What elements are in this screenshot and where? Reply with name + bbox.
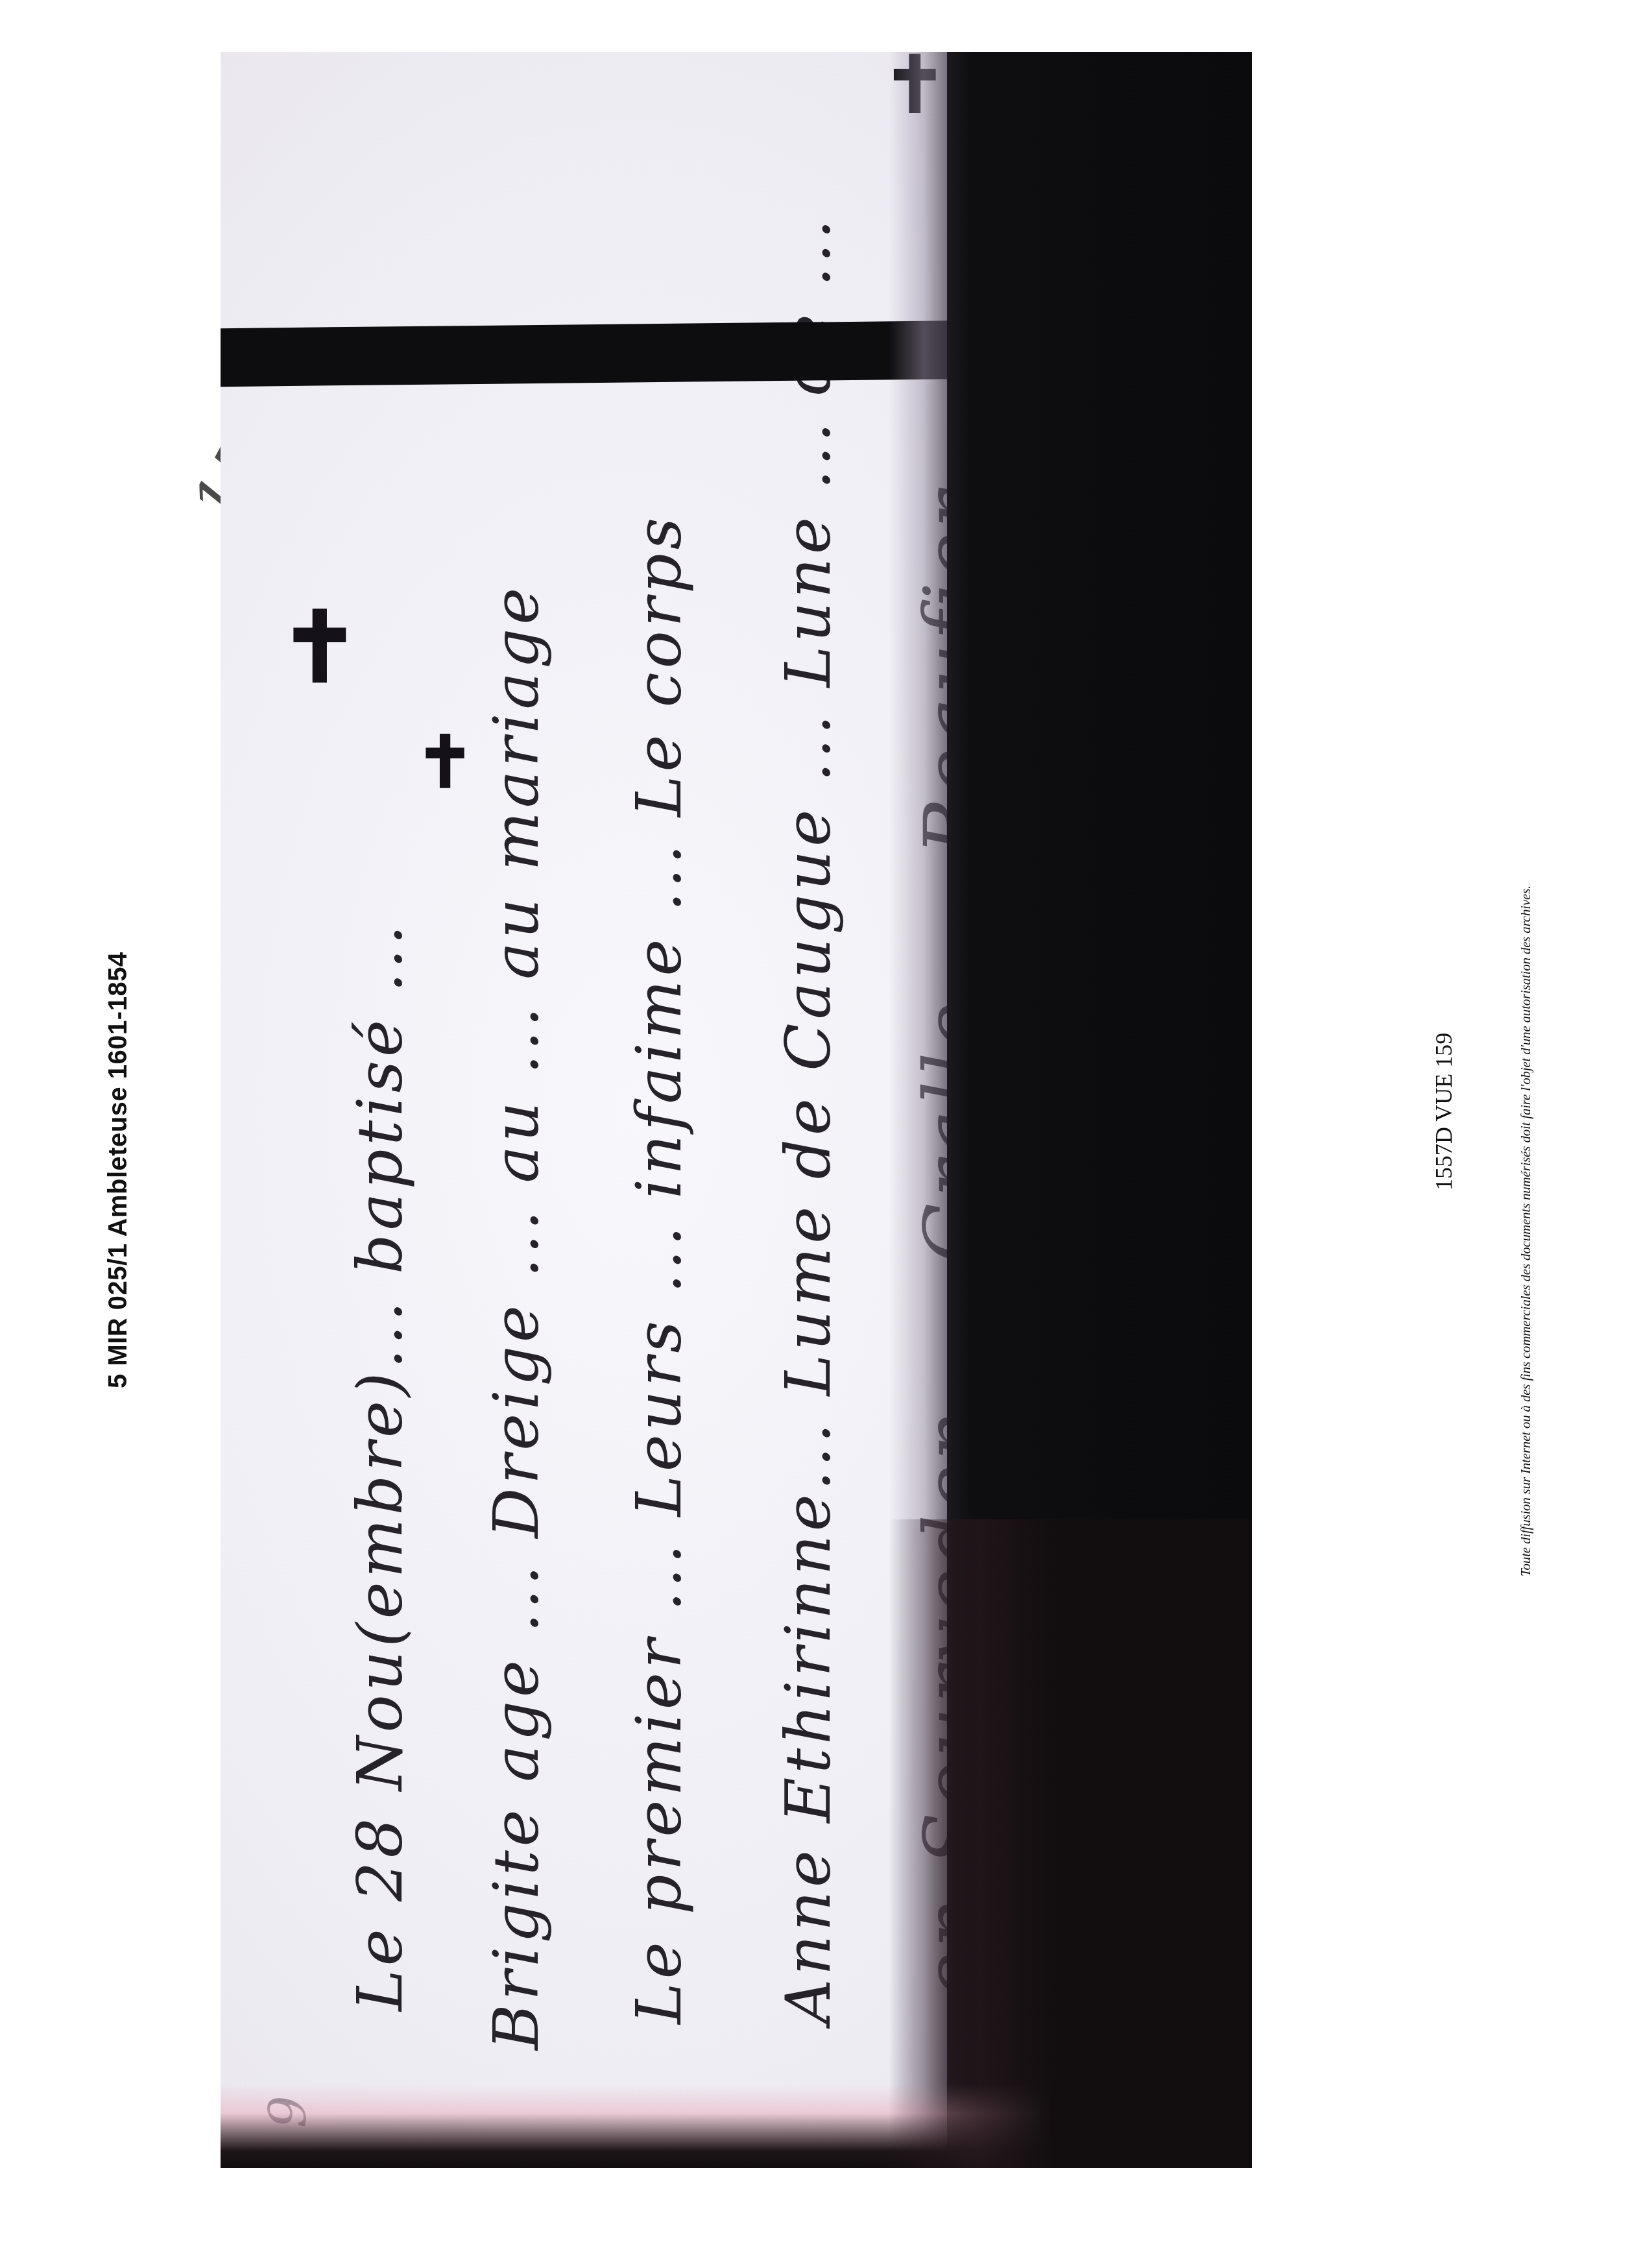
register-page-scan: 9 Le 28 Nou(embre)... baptisé ... Brigit…: [221, 52, 1252, 2168]
dark-fold-band: [221, 320, 979, 387]
view-number-label: 1557D VUE 159: [1430, 1033, 1458, 1190]
cross-mark: ✝: [279, 590, 361, 705]
document-reference-title: 5 MIR 025/1 Ambleteuse 1601-1854: [104, 952, 133, 1388]
copyright-disclaimer: Toute diffusion sur Internet ou à des fi…: [1518, 886, 1534, 1576]
page-corner-shadow: [889, 1519, 1252, 2168]
handwriting-line-1: Le 28 Nou(embre)... baptisé ...: [344, 921, 416, 2011]
handwriting-line-3: Le premier ... Leurs ... infaime ... Le …: [623, 514, 695, 2024]
handwriting-line-4: Anne Ethirinne... Lume de Caugue ... Lun…: [772, 215, 845, 2024]
handwriting-line-2: Brigite age ... Dreige ... au ... au mar…: [480, 584, 553, 2050]
cross-mark: ✝: [415, 720, 475, 804]
